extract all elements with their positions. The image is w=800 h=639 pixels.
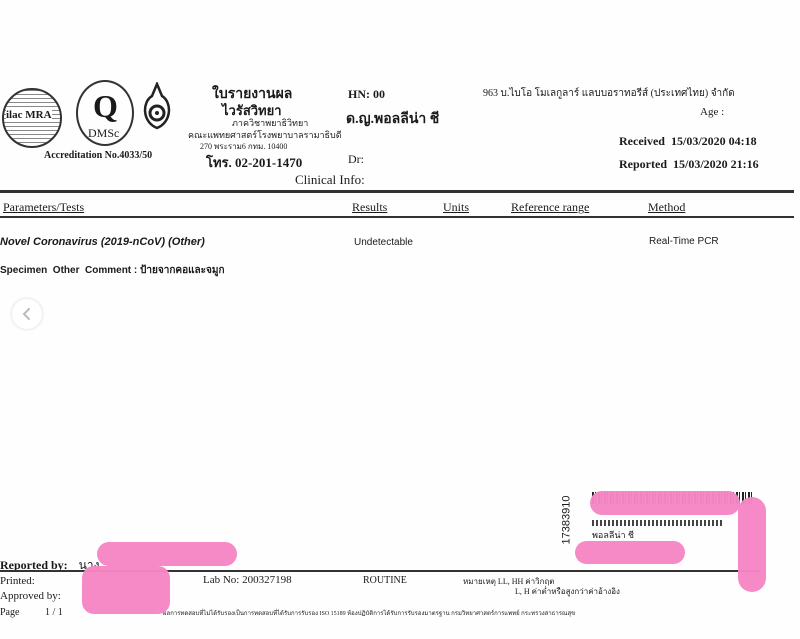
- reported-datetime: Reported 15/03/2020 21:16: [619, 157, 759, 172]
- q-letter: Q: [93, 88, 118, 125]
- specimen-comment: Specimen Other Comment : ป้ายจากคอและจมู…: [0, 263, 225, 278]
- dmsc-quality-logo: Q DMSc: [76, 80, 134, 146]
- received-datetime: Received 15/03/2020 04:18: [619, 134, 757, 149]
- previous-button[interactable]: [11, 298, 43, 330]
- legend-range: L, H ค่าต่ำหรือสูงกว่าค่าอ้างอิง: [515, 585, 620, 598]
- test-result: Undetectable: [354, 237, 413, 248]
- column-header-units: Units: [443, 200, 469, 215]
- column-header-method: Method: [648, 200, 685, 215]
- disclaimer: ผลการทดสอบที่ไม่ได้รับรองเป็นการทดสอบที่…: [163, 608, 575, 618]
- accreditation-number: Accreditation No.4033/50: [44, 150, 152, 161]
- barcode-number: 17383910: [560, 496, 572, 545]
- approved-by-label: Approved by:: [0, 590, 61, 602]
- lab-number: Lab No: 200327198: [203, 574, 292, 586]
- hn-number: HN: 00: [348, 87, 385, 102]
- company-name: 963 บ.ไบโอ โมเลกูลาร์ แลบบอราทอรีส์ (ประ…: [483, 86, 735, 101]
- page-number: 1 / 1: [45, 607, 63, 618]
- reported-value: 15/03/2020 21:16: [673, 157, 759, 171]
- test-name: Novel Coronavirus (2019-nCoV) (Other): [0, 236, 205, 248]
- barcode-bars-2: [592, 520, 722, 526]
- test-method: Real-Time PCR: [649, 236, 719, 247]
- dmsc-emblem-logo: [140, 82, 174, 130]
- redaction-mark: [575, 541, 685, 564]
- column-header-parameters: Parameters/Tests: [3, 200, 84, 215]
- redaction-mark: [738, 497, 766, 592]
- redaction-mark: [82, 566, 170, 614]
- chevron-left-icon: [22, 308, 32, 320]
- redaction-mark: [590, 491, 740, 515]
- ilac-mra-logo: ilac MRA: [2, 88, 62, 148]
- ilac-logo-text: ilac MRA: [6, 109, 52, 121]
- doctor-label: Dr:: [348, 152, 364, 167]
- reported-label: Reported: [619, 157, 667, 171]
- column-header-results: Results: [352, 200, 387, 215]
- column-header-reference-range: Reference range: [511, 200, 589, 215]
- dmsc-text: DMSc: [88, 126, 119, 141]
- phone: โทร. 02-201-1470: [206, 152, 302, 173]
- clinical-info-label: Clinical Info:: [295, 172, 365, 188]
- divider: [0, 190, 794, 193]
- barcode-patient-name: พอลลีน่า ชี: [592, 528, 634, 542]
- routine-label: ROUTINE: [363, 575, 407, 586]
- printed-label: Printed:: [0, 575, 35, 587]
- age-label: Age :: [700, 106, 724, 118]
- received-value: 15/03/2020 04:18: [671, 134, 757, 148]
- received-label: Received: [619, 134, 665, 148]
- redaction-mark: [97, 542, 237, 566]
- page-label: Page: [0, 607, 19, 618]
- patient-name: ด.ญ.พอลลีน่า ชี: [346, 108, 439, 130]
- divider: [0, 216, 794, 218]
